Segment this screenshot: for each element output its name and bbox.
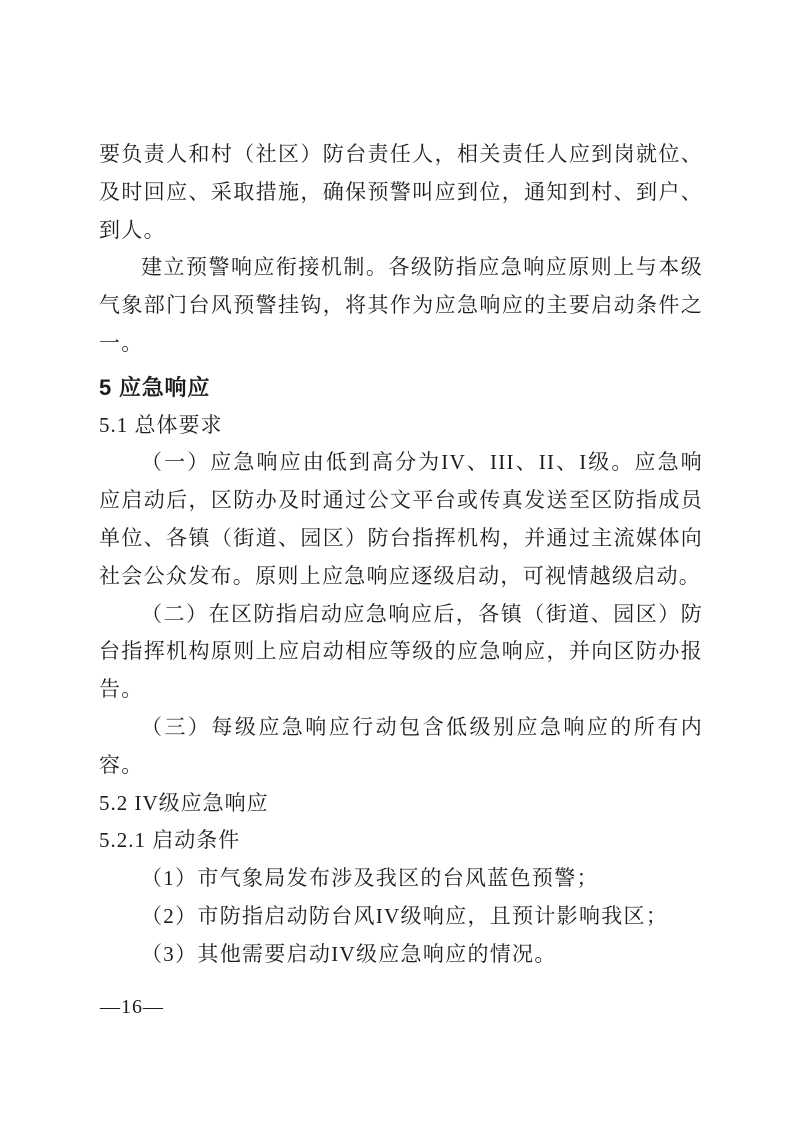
page-number: —16— (100, 994, 164, 1020)
paragraph-condition-3: （3）其他需要启动IV级应急响应的情况。 (99, 936, 703, 974)
paragraph-item-1: （一）应急响应由低到高分为IV、III、II、I级。应急响应启动后，区防办及时通… (99, 444, 703, 595)
heading-section-5-1: 5.1 总体要求 (99, 407, 703, 445)
heading-section-5-2: 5.2 IV级应急响应 (99, 785, 703, 823)
heading-section-5: 5 应急响应 (99, 369, 703, 407)
paragraph-condition-2: （2）市防指启动防台风IV级响应，且预计影响我区； (99, 898, 703, 936)
paragraph-condition-1: （1）市气象局发布涉及我区的台风蓝色预警； (99, 860, 703, 898)
document-body: 要负责人和村（社区）防台责任人，相关责任人应到岗就位、及时回应、采取措施，确保预… (99, 136, 703, 974)
paragraph-continuation: 要负责人和村（社区）防台责任人，相关责任人应到岗就位、及时回应、采取措施，确保预… (99, 136, 703, 249)
heading-section-5-2-1: 5.2.1 启动条件 (99, 822, 703, 860)
paragraph-item-3: （三）每级应急响应行动包含低级别应急响应的所有内容。 (99, 709, 703, 785)
paragraph-item-2: （二）在区防指启动应急响应后，各镇（街道、园区）防台指挥机构原则上应启动相应等级… (99, 596, 703, 709)
document-page: 要负责人和村（社区）防台责任人，相关责任人应到岗就位、及时回应、采取措施，确保预… (0, 0, 793, 1122)
paragraph-warning-linkage: 建立预警响应衔接机制。各级防指应急响应原则上与本级气象部门台风预警挂钩，将其作为… (99, 249, 703, 362)
